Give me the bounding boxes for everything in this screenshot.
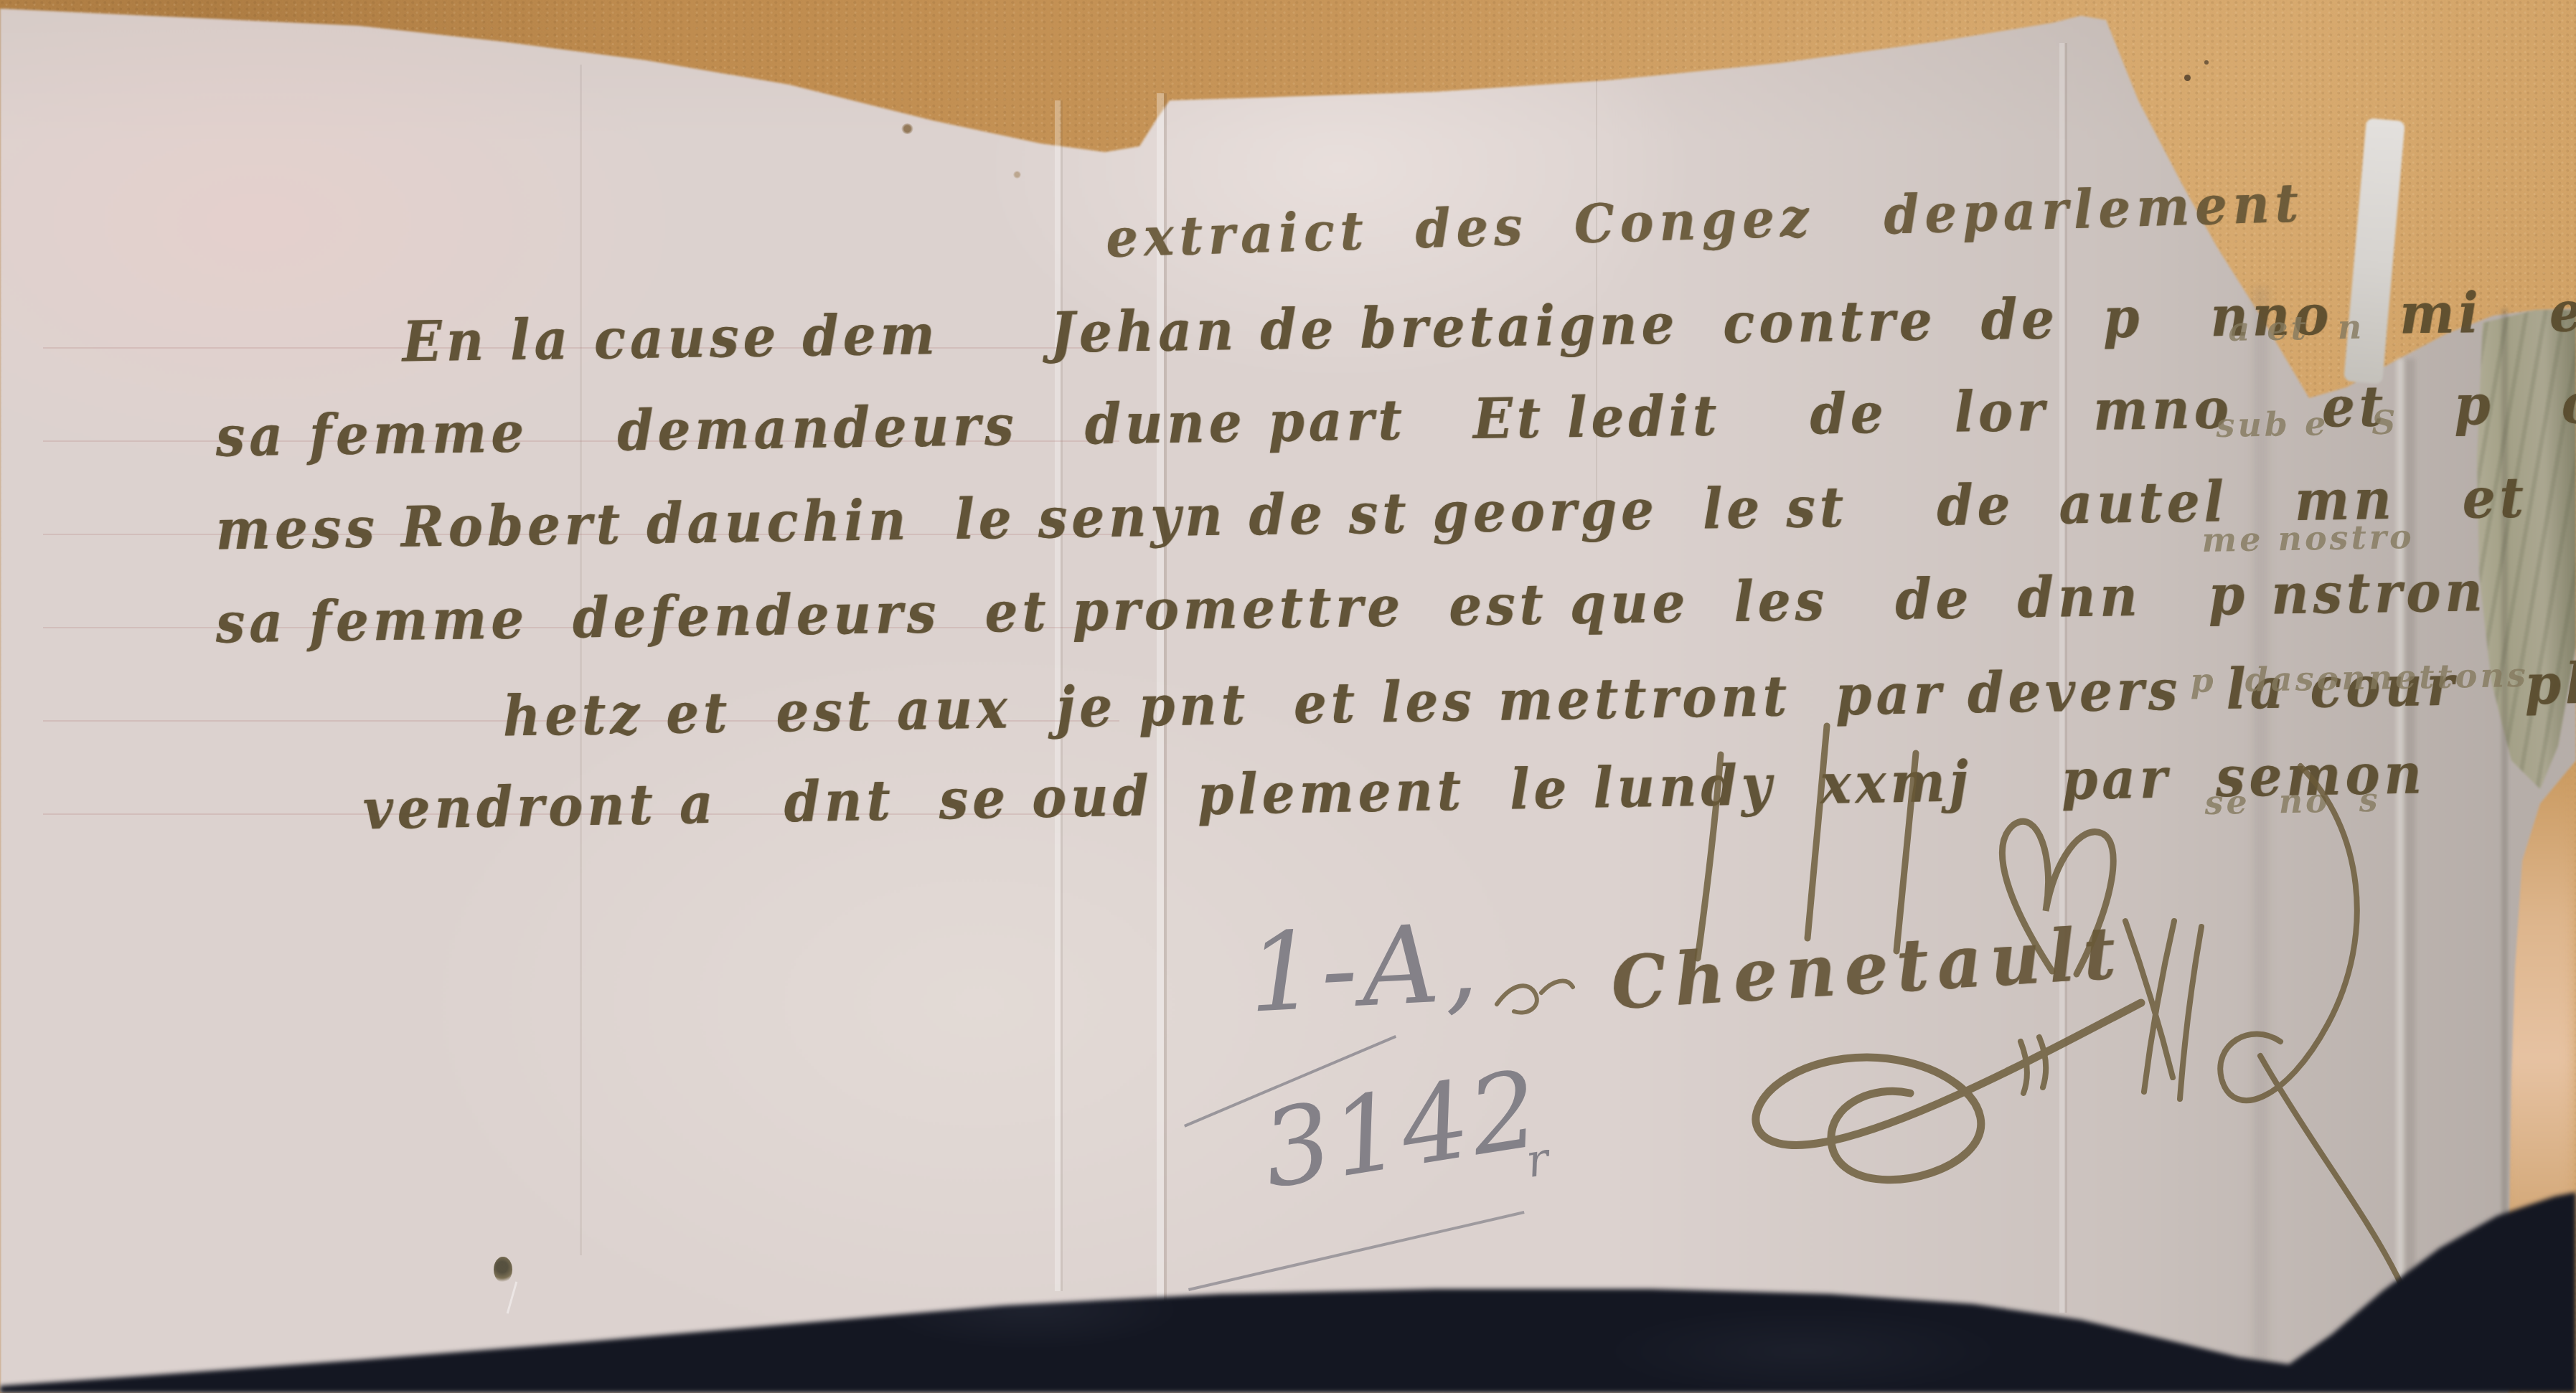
dark-cloth <box>0 0 2576 1393</box>
photo-scene: extraict des Congez deparlement En la ca… <box>0 0 2576 1393</box>
cloth-layer <box>0 0 2576 1393</box>
